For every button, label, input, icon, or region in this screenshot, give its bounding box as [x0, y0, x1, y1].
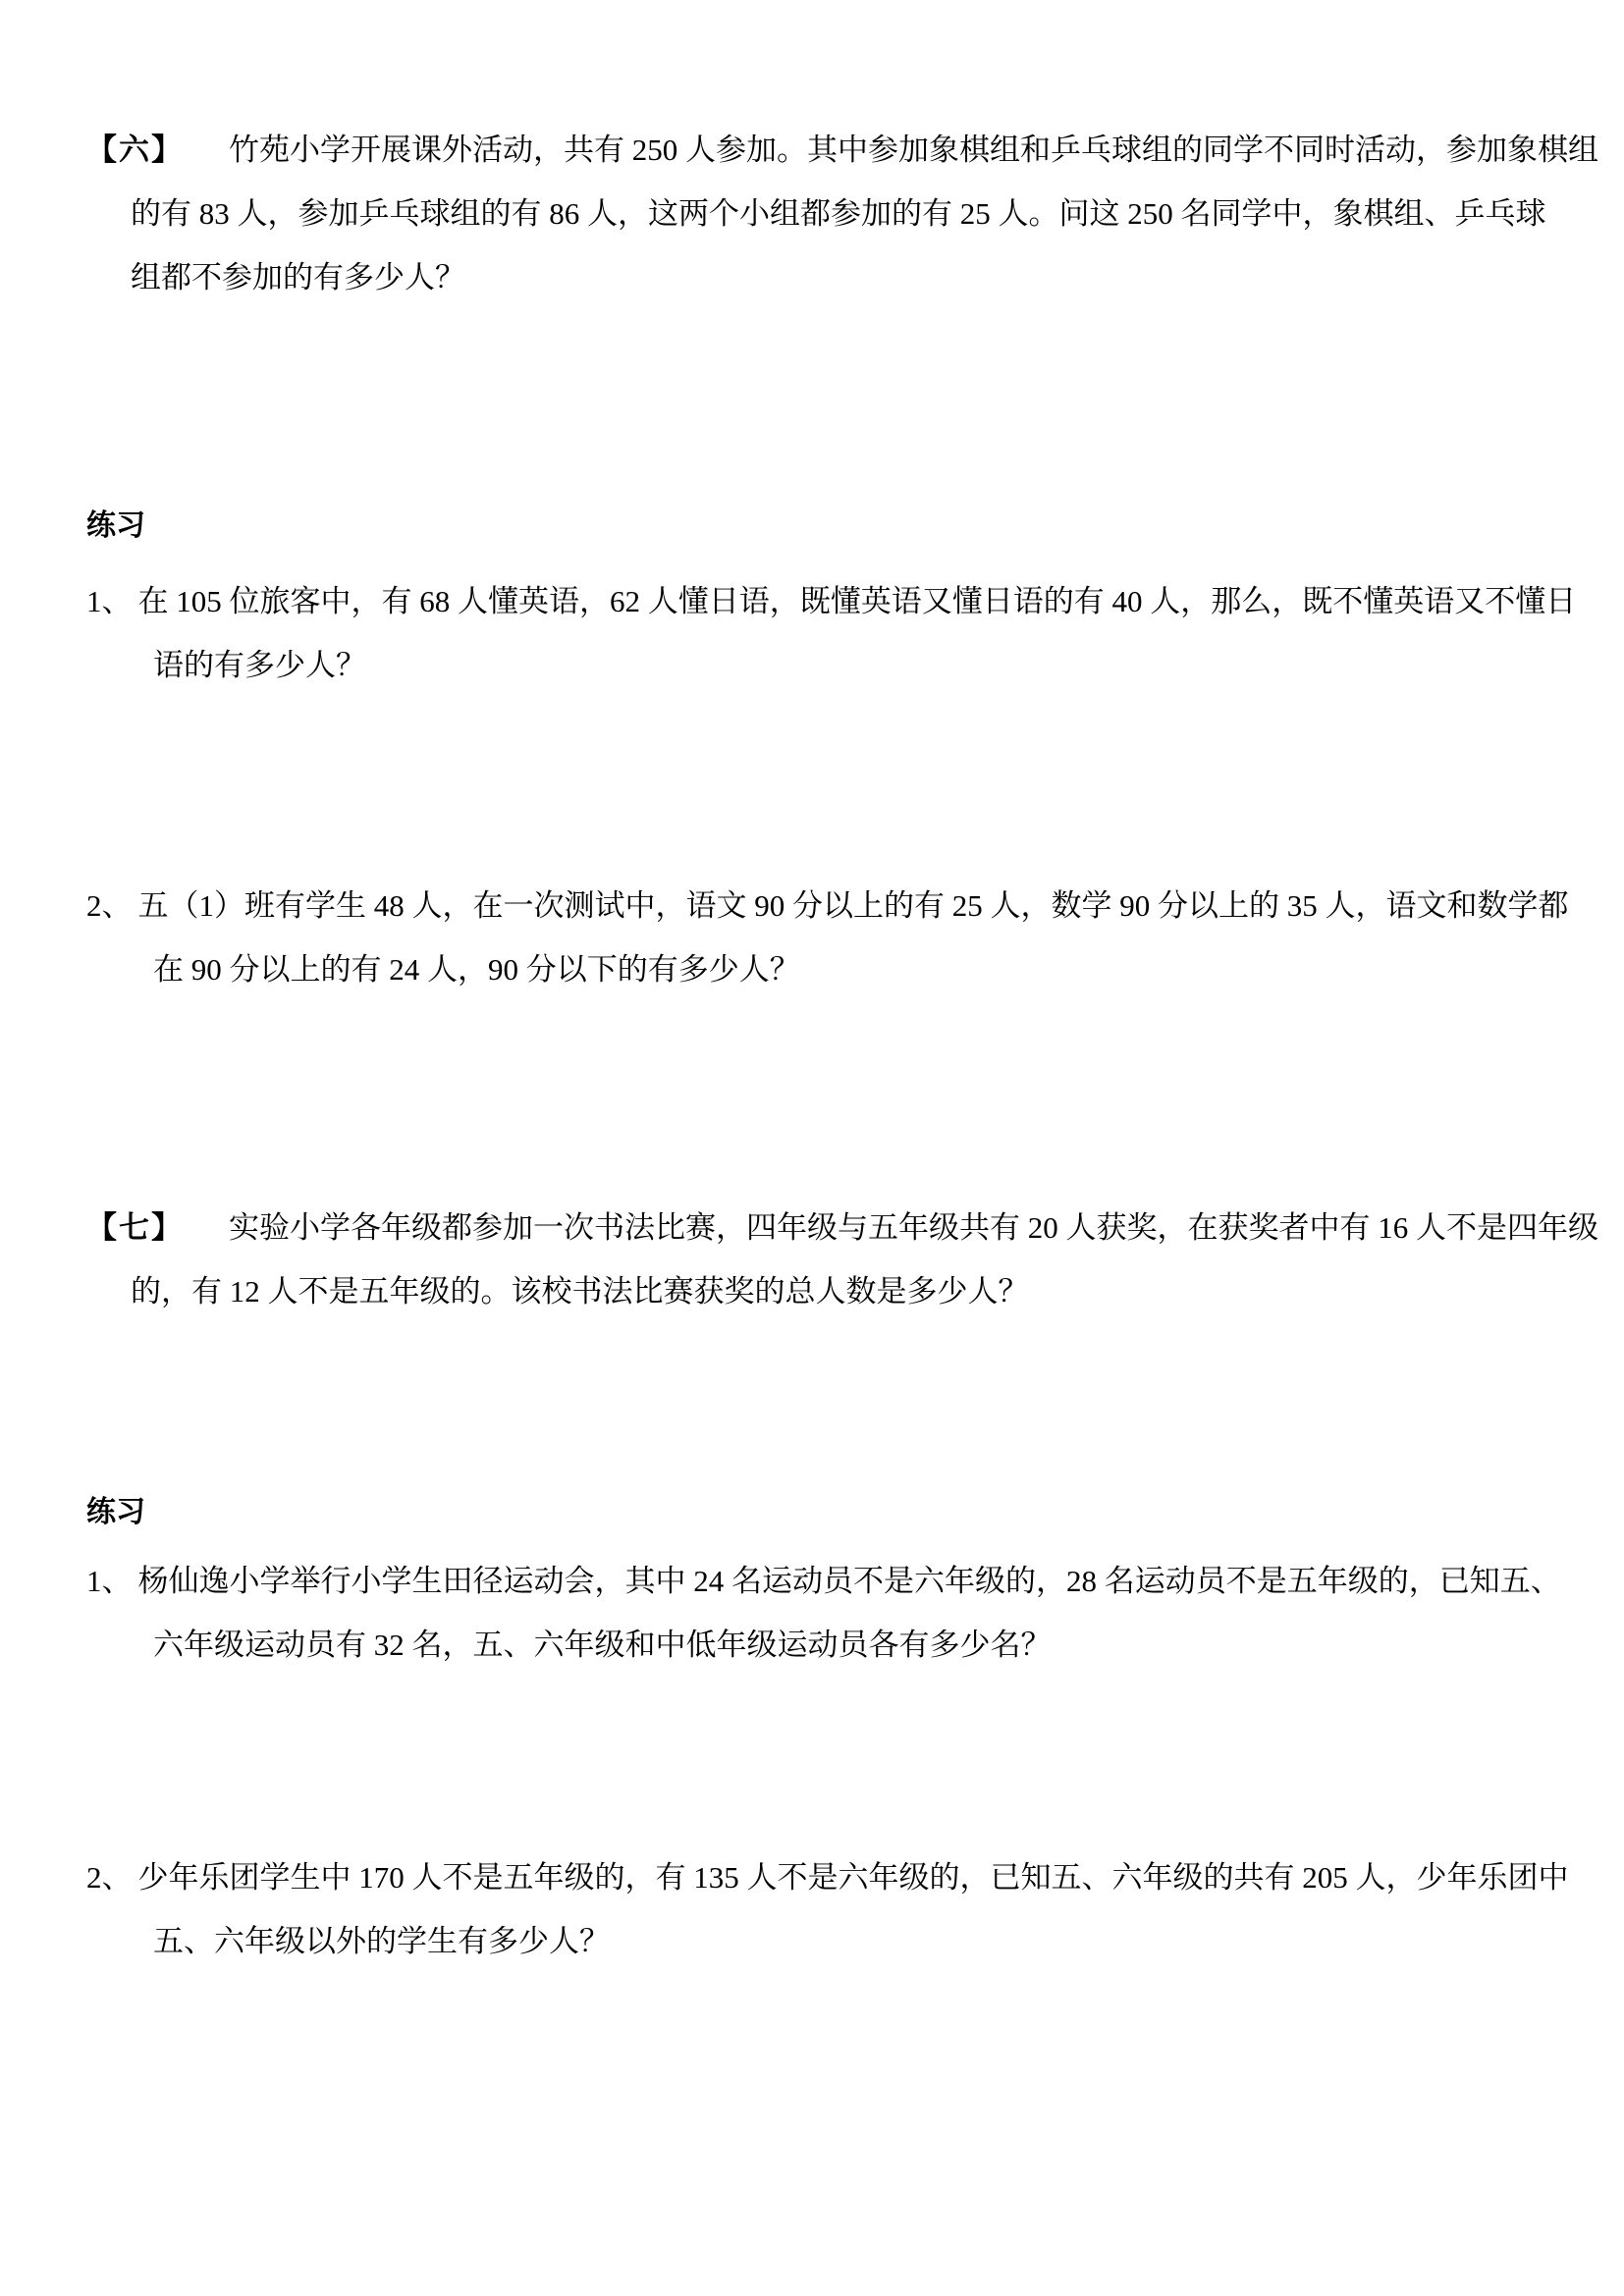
practice-2-heading: 练习	[86, 1493, 145, 1532]
practice-1-item-1-text-1: 在 105 位旅客中，有 68 人懂英语，62 人懂日语，既懂英语又懂日语的有 …	[138, 584, 1577, 618]
practice-2-item-1-text-2: 六年级运动员有 32 名，五、六年级和中低年级运动员各有多少名？	[86, 1613, 1565, 1677]
practice-2-item-1-line-1: 1、杨仙逸小学举行小学生田径运动会，其中 24 名运动员不是六年级的，28 名运…	[86, 1549, 1565, 1613]
problem-six-text-2: 的有 83 人，参加乒乓球组的有 86 人，这两个小组都参加的有 25 人。问这…	[86, 182, 1565, 245]
practice-1-item-2-line-1: 2、五（1）班有学生 48 人，在一次测试中，语文 90 分以上的有 25 人，…	[86, 874, 1565, 937]
problem-seven-text-1: 实验小学各年级都参加一次书法比赛，四年级与五年级共有 20 人获奖，在获奖者中有…	[229, 1210, 1598, 1245]
practice-2-item-2: 2、少年乐团学生中 170 人不是五年级的，有 135 人不是六年级的，已知五、…	[86, 1845, 1565, 1973]
practice-1-item-2-number: 2、	[86, 888, 133, 923]
practice-2-item-2-text-2: 五、六年级以外的学生有多少人？	[86, 1909, 1565, 1973]
practice-1-item-1-text-2: 语的有多少人？	[86, 633, 1565, 697]
practice-2-item-2-text-1: 少年乐团学生中 170 人不是五年级的，有 135 人不是六年级的，已知五、六年…	[138, 1860, 1569, 1895]
practice-2-item-1-number: 1、	[86, 1564, 133, 1598]
practice-1-item-2-text-1: 五（1）班有学生 48 人，在一次测试中，语文 90 分以上的有 25 人，数学…	[138, 888, 1569, 923]
practice-2-item-2-number: 2、	[86, 1860, 133, 1895]
problem-seven: 【七】实验小学各年级都参加一次书法比赛，四年级与五年级共有 20 人获奖，在获奖…	[86, 1196, 1565, 1323]
practice-1-item-2: 2、五（1）班有学生 48 人，在一次测试中，语文 90 分以上的有 25 人，…	[86, 874, 1565, 1001]
practice-1-item-2-text-2: 在 90 分以上的有 24 人，90 分以下的有多少人？	[86, 937, 1565, 1001]
practice-2-item-1-text-1: 杨仙逸小学举行小学生田径运动会，其中 24 名运动员不是六年级的，28 名运动员…	[138, 1564, 1561, 1598]
problem-seven-line-1: 【七】实验小学各年级都参加一次书法比赛，四年级与五年级共有 20 人获奖，在获奖…	[86, 1196, 1565, 1259]
problem-seven-text-2: 的，有 12 人不是五年级的。该校书法比赛获奖的总人数是多少人？	[86, 1259, 1565, 1323]
problem-six: 【六】竹苑小学开展课外活动，共有 250 人参加。其中参加象棋组和乒乓球组的同学…	[86, 118, 1565, 309]
practice-1-heading: 练习	[86, 507, 145, 546]
practice-1-item-1-line-1: 1、在 105 位旅客中，有 68 人懂英语，62 人懂日语，既懂英语又懂日语的…	[86, 569, 1565, 633]
practice-1-item-1: 1、在 105 位旅客中，有 68 人懂英语，62 人懂日语，既懂英语又懂日语的…	[86, 569, 1565, 697]
worksheet-page: 【六】竹苑小学开展课外活动，共有 250 人参加。其中参加象棋组和乒乓球组的同学…	[0, 0, 1624, 2296]
practice-1-item-1-number: 1、	[86, 584, 133, 618]
practice-2-item-1: 1、杨仙逸小学举行小学生田径运动会，其中 24 名运动员不是六年级的，28 名运…	[86, 1549, 1565, 1677]
problem-six-text-3: 组都不参加的有多少人？	[86, 245, 1565, 309]
problem-six-label: 【六】	[86, 133, 184, 167]
practice-2-item-2-line-1: 2、少年乐团学生中 170 人不是五年级的，有 135 人不是六年级的，已知五、…	[86, 1845, 1565, 1909]
problem-seven-label: 【七】	[86, 1210, 184, 1245]
problem-six-text-1: 竹苑小学开展课外活动，共有 250 人参加。其中参加象棋组和乒乓球组的同学不同时…	[229, 133, 1598, 167]
problem-six-line-1: 【六】竹苑小学开展课外活动，共有 250 人参加。其中参加象棋组和乒乓球组的同学…	[86, 118, 1565, 182]
